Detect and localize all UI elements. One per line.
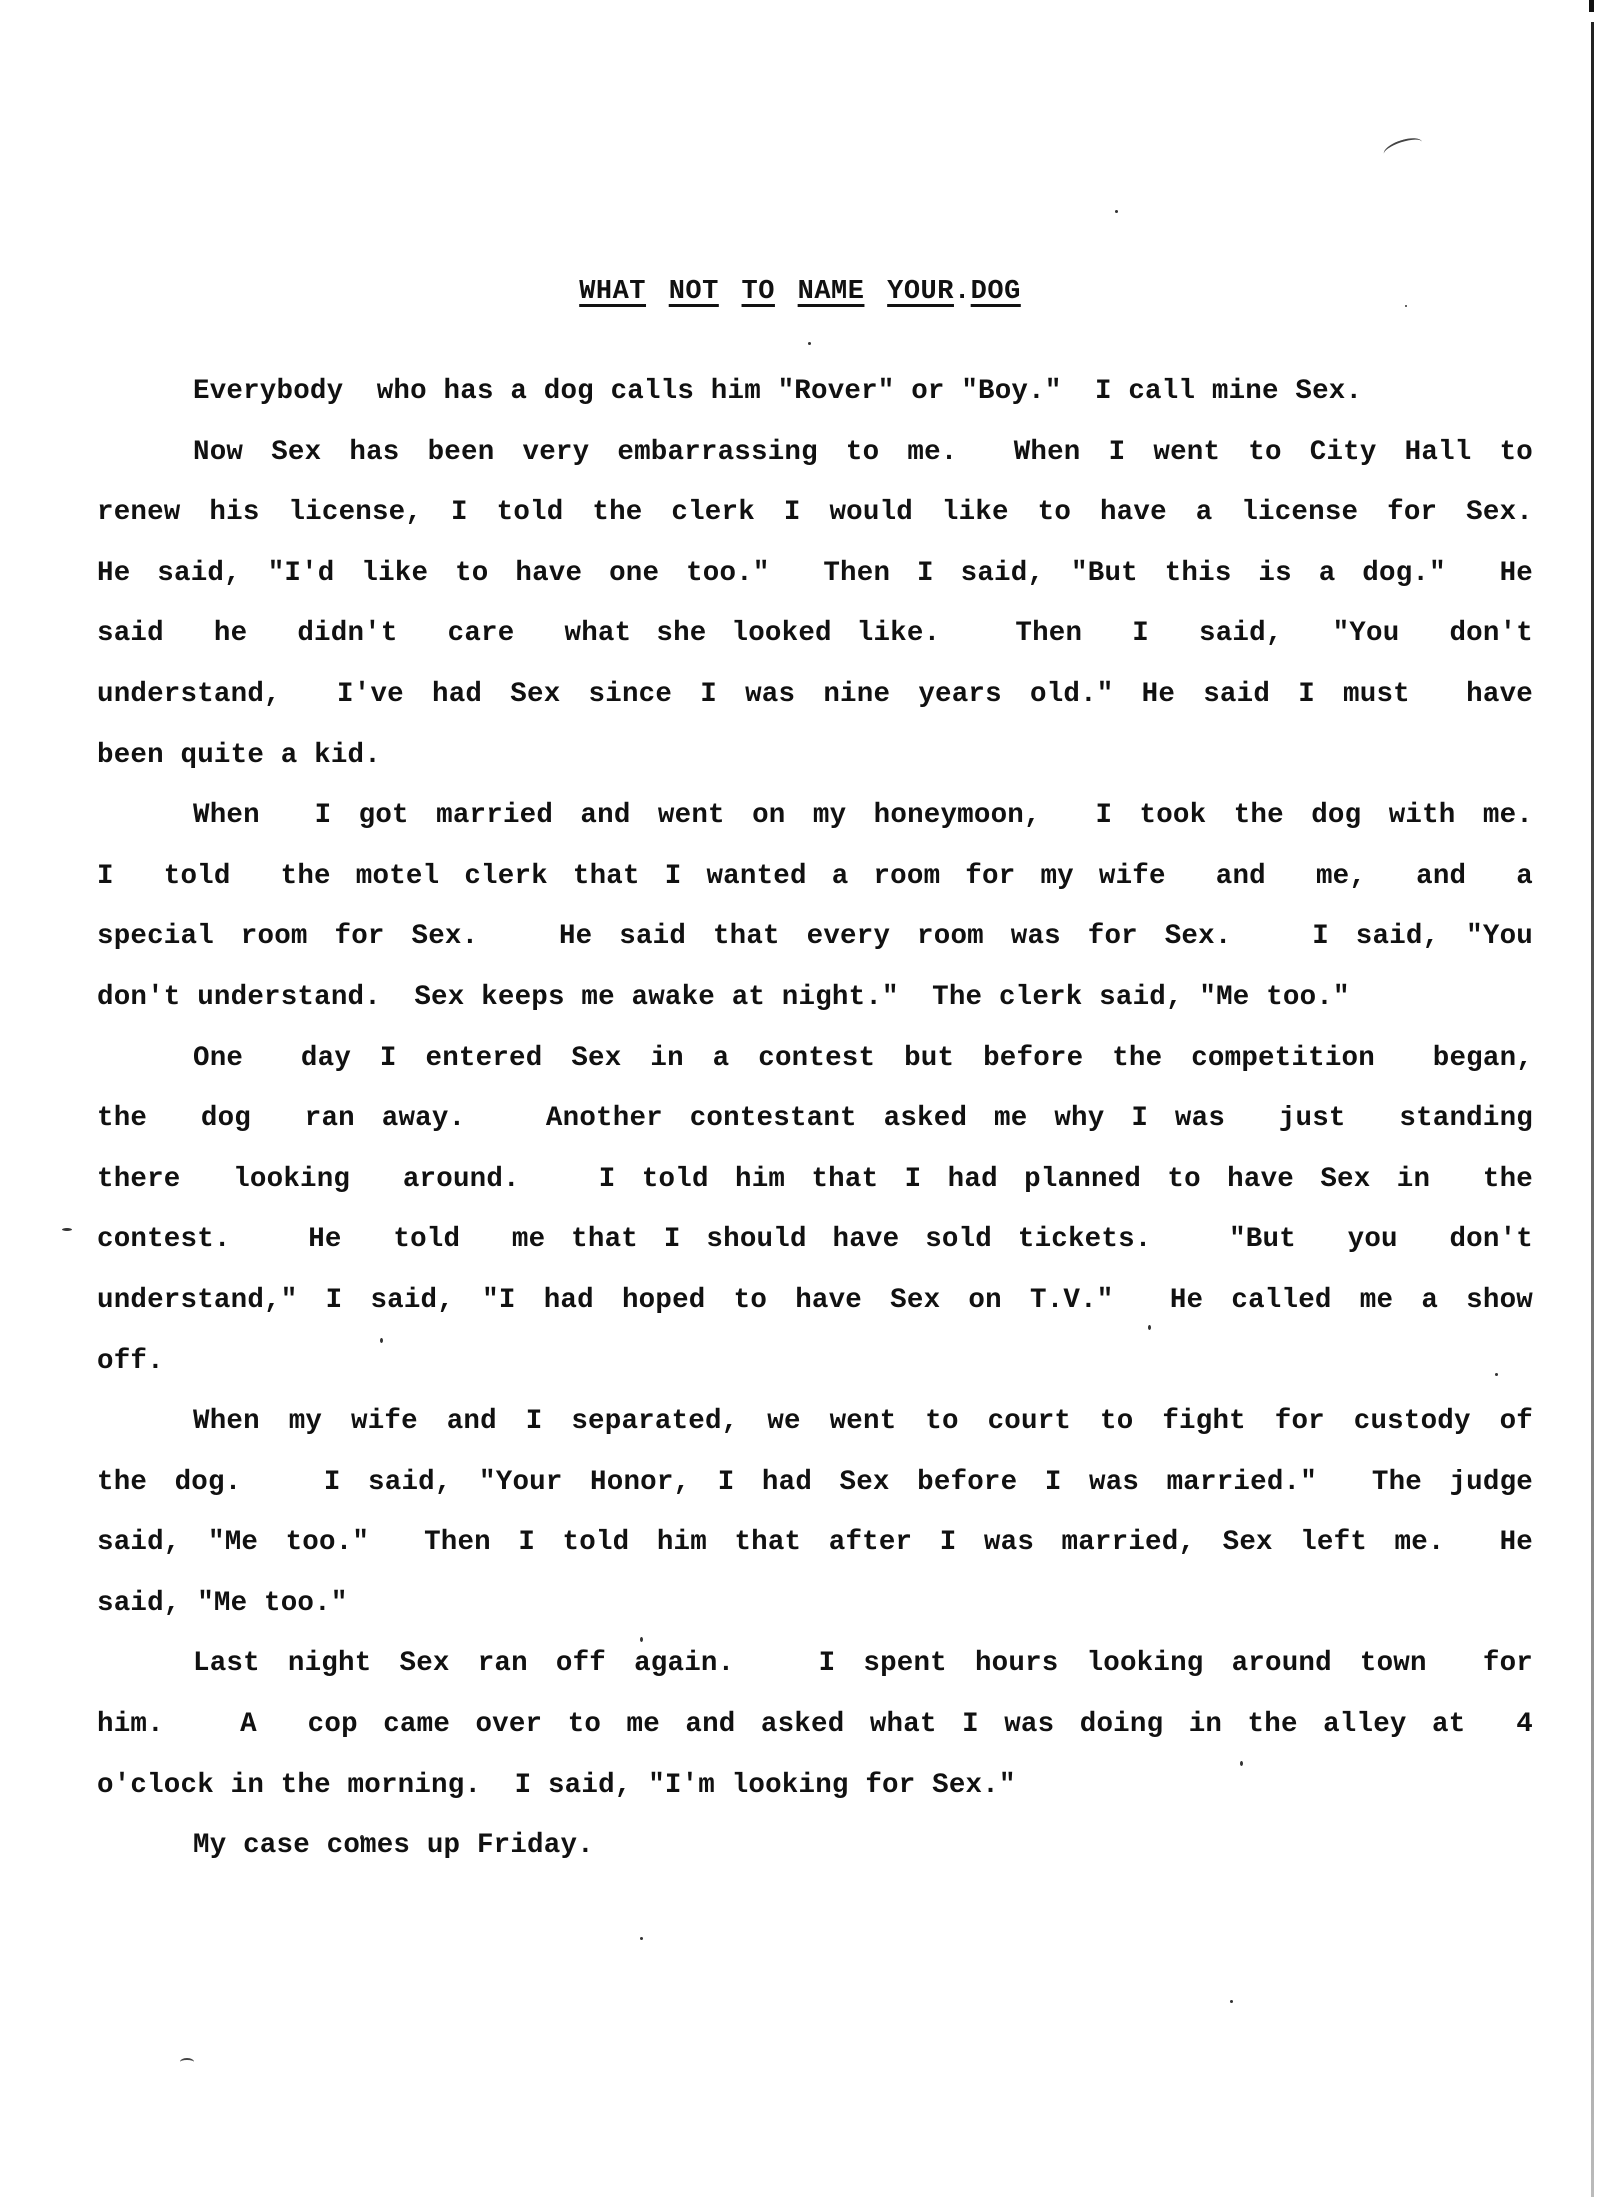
document-body: Everybody who has a dog calls him "Rover…	[97, 362, 1533, 1877]
text-line: the dog. I said, "Your Honor, I had Sex …	[97, 1453, 1533, 1514]
scan-speck	[62, 1228, 72, 1231]
text-line: said he didn't care what she looked like…	[97, 604, 1533, 665]
paragraph: When I got married and went on my honeym…	[97, 786, 1533, 1028]
text-line: Last night Sex ran off again. I spent ho…	[97, 1634, 1533, 1695]
text-line: him. A cop came over to me and asked wha…	[97, 1695, 1533, 1756]
scanned-page: WHAT NOT TO NAME YOUR.DOG Everybody who …	[0, 0, 1600, 2197]
text-line: said, "Me too." Then I told him that aft…	[97, 1513, 1533, 1574]
paragraph: Now Sex has been very embarrassing to me…	[97, 423, 1533, 787]
text-line: the dog ran away. Another contestant ask…	[97, 1089, 1533, 1150]
title-word: TO	[742, 277, 775, 307]
text-line: there looking around. I told him that I …	[97, 1150, 1533, 1211]
title-word: YOUR	[887, 277, 954, 307]
scan-speck	[640, 1937, 643, 1940]
paragraph: One day I entered Sex in a contest but b…	[97, 1029, 1533, 1393]
text-line: One day I entered Sex in a contest but b…	[97, 1029, 1533, 1090]
text-line: When my wife and I separated, we went to…	[97, 1392, 1533, 1453]
text-line: Now Sex has been very embarrassing to me…	[97, 423, 1533, 484]
text-line: Everybody who has a dog calls him "Rover…	[97, 362, 1533, 423]
text-line: off.	[97, 1332, 1533, 1393]
scan-edge-mark	[1589, 0, 1594, 12]
scan-artifact-stroke	[180, 2058, 194, 2066]
scan-edge-line	[1591, 22, 1594, 2197]
text-line: renew his license, I told the clerk I wo…	[97, 483, 1533, 544]
title-word: NAME	[798, 277, 865, 307]
text-line: He said, "I'd like to have one too." The…	[97, 544, 1533, 605]
paragraph: Everybody who has a dog calls him "Rover…	[97, 362, 1533, 423]
paragraph: Last night Sex ran off again. I spent ho…	[97, 1634, 1533, 1816]
page-title: WHAT NOT TO NAME YOUR.DOG	[0, 277, 1600, 307]
text-line: understand," I said, "I had hoped to hav…	[97, 1271, 1533, 1332]
scan-speck	[808, 342, 811, 345]
title-word: NOT	[669, 277, 719, 307]
text-line: My case comes up Friday.	[97, 1816, 1533, 1877]
scan-speck	[1115, 210, 1118, 213]
paragraph: When my wife and I separated, we went to…	[97, 1392, 1533, 1634]
scan-artifact-stroke	[1382, 134, 1425, 162]
paragraph: My case comes up Friday.	[97, 1816, 1533, 1877]
title-word: WHAT	[579, 277, 646, 307]
scan-speck	[1230, 2000, 1233, 2003]
text-line: When I got married and went on my honeym…	[97, 786, 1533, 847]
text-line: special room for Sex. He said that every…	[97, 907, 1533, 968]
text-line: o'clock in the morning. I said, "I'm loo…	[97, 1756, 1533, 1817]
text-line: contest. He told me that I should have s…	[97, 1210, 1533, 1271]
text-line: understand, I've had Sex since I was nin…	[97, 665, 1533, 726]
title-word: DOG	[971, 277, 1021, 307]
text-line: said, "Me too."	[97, 1574, 1533, 1635]
text-line: don't understand. Sex keeps me awake at …	[97, 968, 1533, 1029]
text-line: I told the motel clerk that I wanted a r…	[97, 847, 1533, 908]
text-line: been quite a kid.	[97, 726, 1533, 787]
